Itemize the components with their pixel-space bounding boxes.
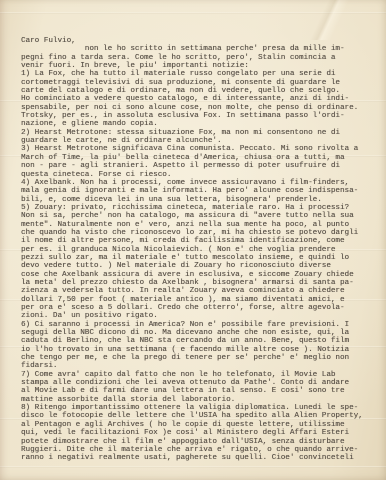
paper-crease	[0, 12, 386, 14]
letter-body-text: Caro Fulvio, non le ho scritto in settim…	[21, 37, 377, 463]
paper-crease	[0, 466, 386, 468]
paper-corner-crease	[266, 0, 386, 40]
letter-page: Caro Fulvio, non le ho scritto in settim…	[0, 0, 386, 480]
